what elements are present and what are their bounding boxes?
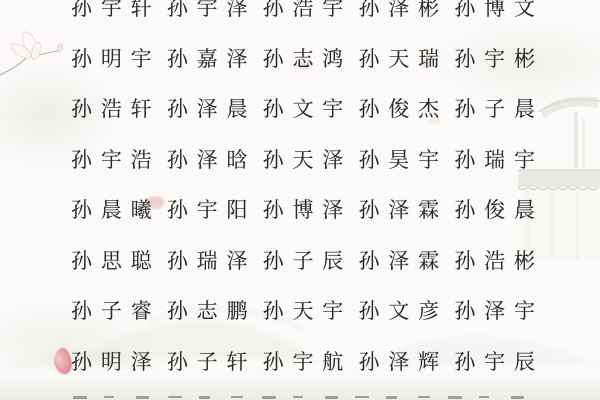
- name-item: 孙宇彬: [454, 43, 543, 73]
- name-item: 孙志鸿: [263, 43, 352, 73]
- name-item: 孙晨曦: [71, 194, 160, 224]
- name-item: 孙瑞宇: [454, 144, 543, 174]
- name-item: 孙嘉泽: [167, 43, 256, 73]
- name-item: 孙博泽: [263, 194, 352, 224]
- cutoff-row-hint: [0, 396, 600, 400]
- name-item: 孙泽霖: [358, 194, 447, 224]
- name-item: 孙泽霖: [358, 245, 447, 275]
- name-row: 孙思聪 孙瑞泽 孙子辰 孙泽霖 孙浩彬: [71, 235, 535, 286]
- name-item: 孙泽彬: [358, 0, 447, 22]
- name-item: 孙俊晨: [454, 194, 543, 224]
- name-item: 孙子晨: [454, 93, 543, 123]
- name-item: 孙昊宇: [358, 144, 447, 174]
- magnolia-branch-illustration: [0, 18, 74, 100]
- name-item: 孙天泽: [263, 144, 352, 174]
- name-item: 孙俊杰: [358, 93, 447, 123]
- name-item: 孙宇阳: [167, 194, 256, 224]
- name-item: 孙泽宇: [454, 295, 543, 325]
- name-item: 孙宇浩: [71, 144, 160, 174]
- name-item: 孙文宇: [263, 93, 352, 123]
- name-item: 孙宇泽: [167, 0, 256, 22]
- name-item: 孙泽晗: [167, 144, 256, 174]
- name-item: 孙泽晨: [167, 93, 256, 123]
- name-item: 孙子辰: [263, 245, 352, 275]
- name-item: 孙天瑞: [358, 43, 447, 73]
- name-row: 孙宇浩 孙泽晗 孙天泽 孙昊宇 孙瑞宇: [71, 134, 535, 185]
- name-item: 孙子睿: [71, 295, 160, 325]
- name-row: 孙明泽 孙子轩 孙宇航 孙泽辉 孙宇辰: [71, 336, 535, 387]
- page: 孙宇轩 孙宇泽 孙浩宇 孙泽彬 孙博文 孙明宇 孙嘉泽 孙志鸿 孙天瑞 孙宇彬 …: [0, 0, 600, 400]
- name-item: 孙浩宇: [263, 0, 352, 22]
- name-item: 孙浩彬: [454, 245, 543, 275]
- name-item: 孙明泽: [71, 346, 160, 376]
- name-item: 孙浩轩: [71, 93, 160, 123]
- name-row: 孙晨曦 孙宇阳 孙博泽 孙泽霖 孙俊晨: [71, 184, 535, 235]
- name-item: 孙天宇: [263, 295, 352, 325]
- name-item: 孙泽辉: [358, 346, 447, 376]
- name-item: 孙博文: [454, 0, 543, 22]
- name-item: 孙子轩: [167, 346, 256, 376]
- name-item: 孙文彦: [358, 295, 447, 325]
- name-list: 孙宇轩 孙宇泽 孙浩宇 孙泽彬 孙博文 孙明宇 孙嘉泽 孙志鸿 孙天瑞 孙宇彬 …: [71, 0, 535, 386]
- name-item: 孙瑞泽: [167, 245, 256, 275]
- name-item: 孙宇辰: [454, 346, 543, 376]
- name-item: 孙思聪: [71, 245, 160, 275]
- name-item: 孙宇航: [263, 346, 352, 376]
- name-row: 孙明宇 孙嘉泽 孙志鸿 孙天瑞 孙宇彬: [71, 33, 535, 84]
- name-row: 孙浩轩 孙泽晨 孙文宇 孙俊杰 孙子晨: [71, 83, 535, 134]
- name-item: 孙志鹏: [167, 295, 256, 325]
- name-row: 孙宇轩 孙宇泽 孙浩宇 孙泽彬 孙博文: [71, 0, 535, 33]
- name-item: 孙明宇: [71, 43, 160, 73]
- name-item: 孙宇轩: [71, 0, 160, 22]
- name-row: 孙子睿 孙志鹏 孙天宇 孙文彦 孙泽宇: [71, 285, 535, 336]
